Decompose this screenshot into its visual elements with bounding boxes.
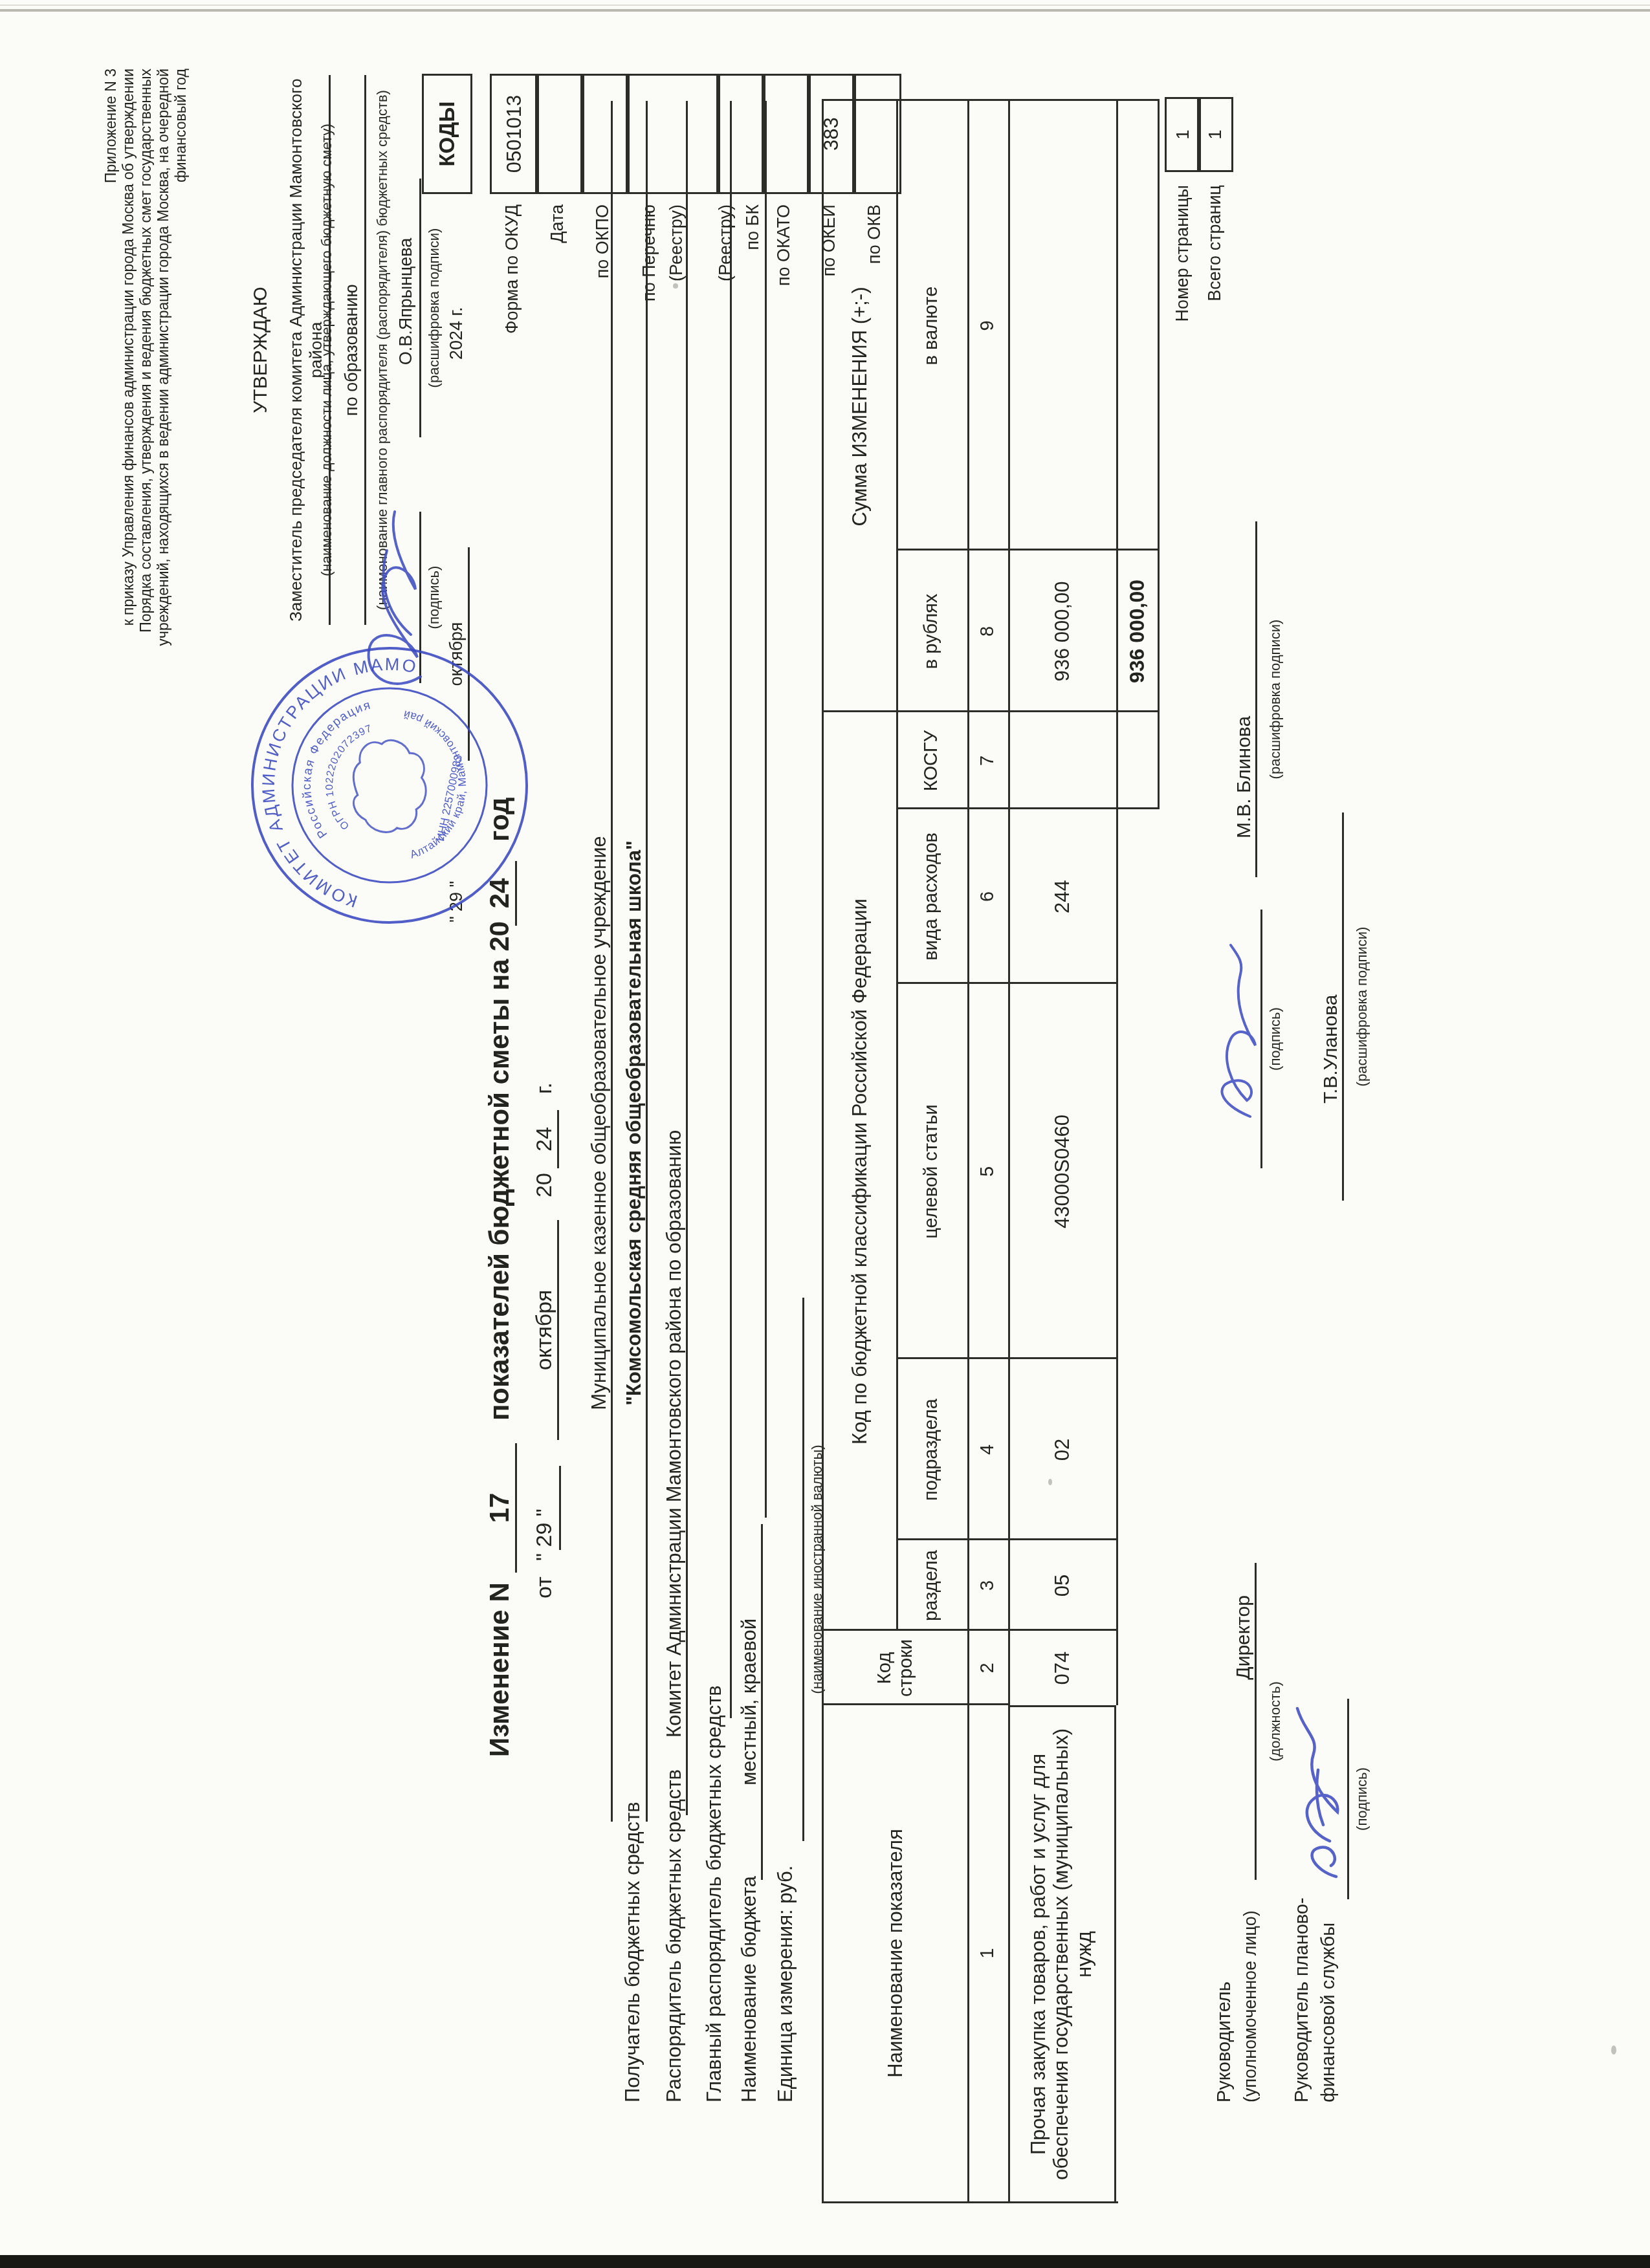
th-rub-label: в рублях bbox=[921, 594, 942, 670]
page-number-value: 1 bbox=[1173, 129, 1193, 139]
field-unit-label: Единица измерения: руб. bbox=[774, 1866, 797, 2102]
kody-label-data: Дата bbox=[547, 204, 567, 424]
total-kosgu bbox=[1116, 710, 1160, 807]
th-kosgu: КОСГУ bbox=[896, 710, 969, 809]
col-num-5: 5 bbox=[967, 982, 1010, 1359]
th-code-label: Код строки bbox=[874, 1631, 918, 1705]
row-code: 074 bbox=[1008, 1629, 1118, 1705]
th-name-label: Наименование показателя bbox=[884, 1829, 907, 2077]
col-num-7: 7 bbox=[967, 710, 1010, 809]
document-landscape: Приложение N 3 к приказу Управления фина… bbox=[0, 0, 1650, 2268]
sig1-sign-caption: (подпись) bbox=[1267, 910, 1284, 1168]
kody-label-bk-2: по БК bbox=[743, 204, 763, 424]
row-razdel-value: 05 bbox=[1051, 1575, 1074, 1597]
kody-label-bk-1: (Реестру) bbox=[716, 204, 736, 424]
th-razdel-label: раздела bbox=[921, 1550, 942, 1621]
col-num: 8 bbox=[977, 626, 998, 637]
kody-value-bk bbox=[716, 74, 765, 194]
field-chief-line bbox=[730, 101, 732, 1718]
kody-value-okud: 0501013 bbox=[490, 74, 539, 194]
appendix-line: финансовый год bbox=[172, 69, 190, 1168]
change-date-g: г. bbox=[532, 1082, 557, 1094]
sig1-position: Директор bbox=[1233, 1563, 1257, 1880]
total-val bbox=[1116, 99, 1160, 551]
change-date-from: от bbox=[532, 1576, 557, 1598]
th-val-label: в валюте bbox=[921, 287, 942, 365]
row-rub-value: 936 000,00 bbox=[1051, 581, 1074, 681]
field-chief-label: Главный распорядитель бюджетных средств bbox=[703, 1685, 726, 2102]
col-num: 2 bbox=[977, 1663, 998, 1673]
kody-label-okud: Форма по ОКУД bbox=[502, 204, 522, 424]
change-date-day: " 29 " bbox=[532, 1509, 557, 1561]
field-budget-value: местный, краевой bbox=[738, 1524, 763, 1880]
field-budget-line2 bbox=[765, 101, 767, 1518]
sig2-label-2: финансовой службы bbox=[1318, 1923, 1339, 2102]
row-celevoy-value: 43000S0460 bbox=[1051, 1115, 1074, 1228]
field-recipient-label: Получатель бюджетных средств bbox=[621, 1802, 644, 2102]
col-num: 7 bbox=[977, 756, 998, 766]
th-name: Наименование показателя bbox=[824, 1703, 969, 2201]
col-num-1: 1 bbox=[967, 1703, 1010, 2201]
total-rub: 936 000,00 bbox=[1116, 549, 1160, 712]
sig2-label-1: Руководитель планово- bbox=[1292, 1897, 1313, 2102]
col-num: 4 bbox=[977, 1445, 998, 1455]
col-num: 1 bbox=[977, 1948, 998, 1958]
th-podrazdel: подраздела bbox=[896, 1357, 969, 1540]
scan-edge-strip bbox=[0, 2255, 1650, 2268]
approve-name-caption: (расшифровка подписи) bbox=[426, 179, 443, 437]
row-name: Прочая закупка товаров, работ и услуг дл… bbox=[1008, 1705, 1116, 2201]
approve-date-year: 2024 г. bbox=[446, 307, 467, 360]
row-code-value: 074 bbox=[1051, 1652, 1074, 1685]
approve-name-line bbox=[419, 179, 421, 437]
field-manager-label: Распорядитель бюджетных средств bbox=[663, 1769, 686, 2102]
pages-total-value: 1 bbox=[1205, 129, 1226, 139]
change-date-y24: 24 bbox=[532, 1110, 559, 1168]
field-manager-value: Комитет Администрации Мамонтовского райо… bbox=[663, 101, 688, 1815]
th-celevoy-label: целевой статьи bbox=[921, 1104, 942, 1239]
th-celevoy: целевой статьи bbox=[896, 982, 969, 1359]
change-date-day-line bbox=[559, 1466, 561, 1550]
sig1-name-caption: (расшифровка подписи) bbox=[1267, 521, 1284, 877]
kody-value-data bbox=[535, 74, 584, 194]
row-name-text: Прочая закупка товаров, работ и услуг дл… bbox=[1027, 1727, 1096, 2182]
th-kosgu-label: КОСГУ bbox=[921, 730, 942, 791]
change-title-year: 24 bbox=[484, 861, 517, 926]
scanned-page: Приложение N 3 к приказу Управления фина… bbox=[0, 0, 1650, 2268]
row-kosgu bbox=[1008, 710, 1118, 809]
field-unit-line bbox=[802, 1298, 804, 1841]
col-num-6: 6 bbox=[967, 807, 1010, 984]
th-rub: в рублях bbox=[896, 549, 969, 712]
row-vid-value: 244 bbox=[1051, 880, 1074, 913]
sig2-name-caption: (расшифровка подписи) bbox=[1354, 812, 1370, 1201]
col-num: 3 bbox=[977, 1580, 998, 1591]
page-number-box: 1 bbox=[1165, 97, 1201, 172]
approve-position-caption: (наименование должности лица, утверждающ… bbox=[318, 75, 335, 625]
row-podrazdel: 02 bbox=[1008, 1357, 1118, 1540]
th-sum-group-label: Сумма ИЗМЕНЕНИЯ (+;-) bbox=[848, 287, 872, 527]
col-num-3: 3 bbox=[967, 1538, 1010, 1631]
pages-total-label: Всего страниц bbox=[1205, 185, 1225, 521]
change-title-number: 17 bbox=[484, 1443, 517, 1573]
change-date-y20: 20 bbox=[532, 1173, 557, 1197]
change-title-part2: показателей бюджетной сметы на 20 bbox=[484, 921, 515, 1421]
sig1-position-caption: (должность) bbox=[1267, 1563, 1284, 1880]
th-val: в валюте bbox=[896, 99, 969, 551]
appendix-line: Приложение N 3 bbox=[102, 69, 120, 1168]
page-number-label: Номер страницы bbox=[1172, 185, 1193, 521]
scan-edge-line2 bbox=[0, 5, 1650, 6]
appendix-line: Порядка составления, утверждения и веден… bbox=[137, 69, 155, 1168]
kody-value-okato bbox=[762, 74, 811, 194]
sig2-name: Т.В.Уланова bbox=[1320, 812, 1344, 1201]
kody-value: 0501013 bbox=[503, 95, 526, 173]
scan-edge-line bbox=[0, 9, 1650, 12]
row-rub: 936 000,00 bbox=[1008, 549, 1118, 712]
kody-label-okato: по ОКАТО bbox=[774, 204, 794, 424]
total-rub-value: 936 000,00 bbox=[1125, 580, 1149, 683]
kody-header-cell: КОДЫ bbox=[422, 74, 472, 194]
sig2-sign-caption: (подпись) bbox=[1354, 1699, 1370, 1899]
approve-sign-name: О.В.Япрынцева bbox=[396, 166, 416, 437]
th-sum-group: Сумма ИЗМЕНЕНИЯ (+;-) bbox=[824, 99, 898, 712]
change-title-part1: Изменение N bbox=[484, 1582, 515, 1757]
field-recipient-value2: "Комсомольская средняя общеобразовательн… bbox=[622, 101, 648, 1822]
col-num: 6 bbox=[977, 891, 998, 902]
col-num-4: 4 bbox=[967, 1357, 1010, 1540]
sig1-signature bbox=[1205, 935, 1266, 1129]
kody-header: КОДЫ bbox=[435, 101, 459, 166]
th-bk-group-label: Код по бюджетной классификации Российско… bbox=[848, 899, 872, 1445]
th-vid: вида расходов bbox=[896, 807, 969, 984]
row-celevoy: 43000S0460 bbox=[1008, 982, 1118, 1359]
sig1-label-2: (уполномоченное лицо) bbox=[1240, 1910, 1260, 2102]
appendix-line: учреждений, находящихся в ведении админи… bbox=[155, 69, 172, 1168]
field-recipient-value1: Муниципальное казенное общеобразовательн… bbox=[588, 101, 613, 1822]
change-title-part3: год bbox=[484, 797, 515, 842]
sig1-label-1: Руководитель bbox=[1214, 1981, 1235, 2102]
approve-title: УТВЕРЖДАЮ bbox=[250, 75, 272, 625]
sig2-signature bbox=[1284, 1699, 1349, 1886]
th-bk-group: Код по бюджетной классификации Российско… bbox=[824, 710, 898, 1631]
change-date-month: октября bbox=[532, 1220, 559, 1440]
col-num-8: 8 bbox=[967, 549, 1010, 712]
th-razdel: раздела bbox=[896, 1538, 969, 1631]
th-vid-label: вида расходов bbox=[921, 833, 942, 961]
sig1-name: М.В. Блинова bbox=[1233, 521, 1257, 877]
pages-total-box: 1 bbox=[1197, 97, 1233, 172]
col-num-2: 2 bbox=[967, 1629, 1010, 1705]
appendix-block: Приложение N 3 к приказу Управления фина… bbox=[102, 69, 190, 1168]
row-val bbox=[1008, 99, 1118, 551]
col-num-9: 9 bbox=[967, 99, 1010, 551]
appendix-line: к приказу Управления финансов администра… bbox=[120, 69, 137, 1168]
th-code: Код строки bbox=[824, 1629, 969, 1705]
col-num: 5 bbox=[977, 1166, 998, 1177]
col-num: 9 bbox=[977, 320, 998, 331]
th-podrazdel-label: подраздела bbox=[921, 1399, 942, 1501]
row-vid: 244 bbox=[1008, 807, 1118, 984]
field-budget-label: Наименование бюджета bbox=[738, 1876, 761, 2102]
row-podrazdel-value: 02 bbox=[1051, 1439, 1074, 1461]
row-razdel: 05 bbox=[1008, 1538, 1118, 1631]
